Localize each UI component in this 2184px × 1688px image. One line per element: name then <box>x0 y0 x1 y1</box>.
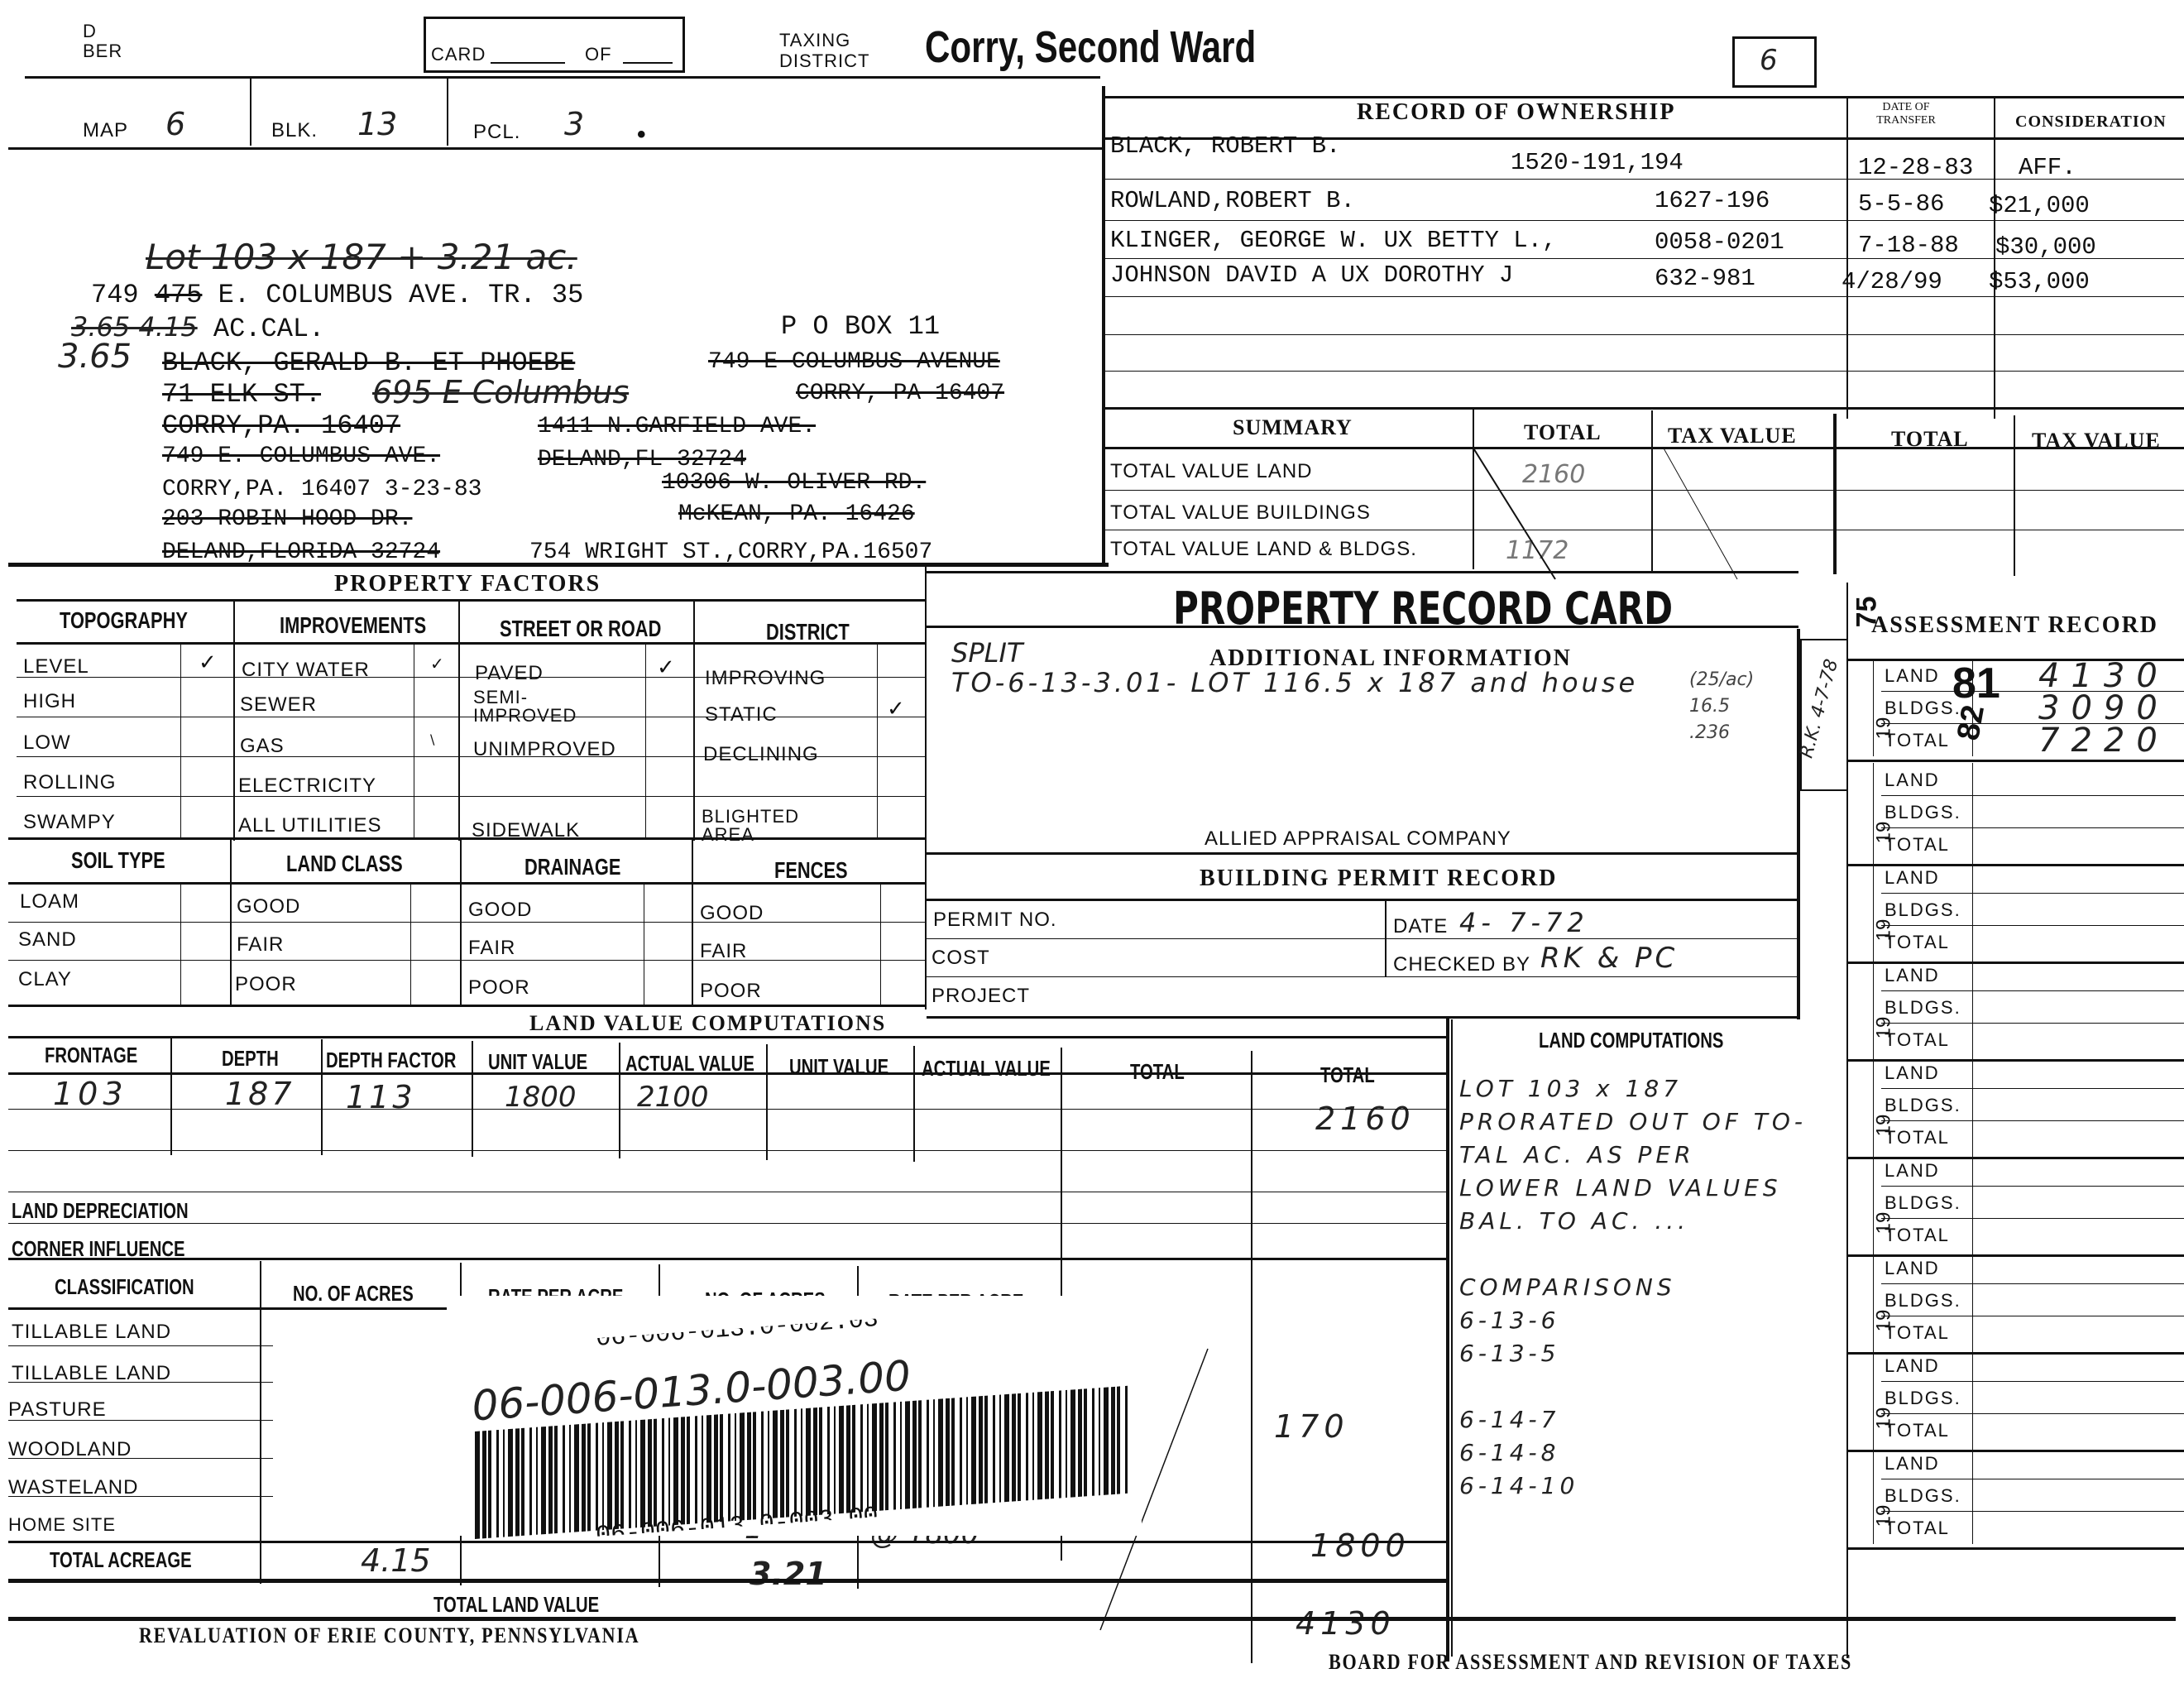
divider <box>8 1345 273 1346</box>
total-value: 2160 <box>1315 1101 1415 1137</box>
divider <box>1972 958 1973 1056</box>
land-class-poor: POOR <box>235 973 297 996</box>
assessment-row-label: TOTAL <box>1885 730 1950 751</box>
divider <box>1881 925 2184 926</box>
property-factors-title: PROPERTY FACTORS <box>334 571 601 597</box>
factor-sewer: SEWER <box>240 693 317 717</box>
assessment-block: 19LAND4130BLDGS.3090TOTAL7220 <box>1848 659 2184 756</box>
owner-line: 749 E. COLUMBUS AVE. <box>162 444 440 469</box>
owner-line: 203 ROBIN HOOD DR. <box>162 506 412 532</box>
divider <box>1881 1511 2184 1512</box>
card-box: CARD OF <box>424 17 685 73</box>
col-unit-value-2: UNIT VALUE <box>789 1054 888 1080</box>
cancel-slash-icon <box>1473 447 1870 587</box>
checked-by-value: RK & PC <box>1540 942 1678 975</box>
struck-lot-note: Lot 103 x 187 + 3.21 ac. <box>146 237 577 277</box>
factor-declining: DECLINING <box>703 743 819 766</box>
assessment-row-label: TOTAL <box>1885 1322 1950 1344</box>
address-rest: E. COLUMBUS AVE. TR. 35 <box>218 280 584 310</box>
group-header-soil-type: SOIL TYPE <box>71 847 165 874</box>
pasture-total: 170 <box>1274 1408 1349 1445</box>
factor-improving: IMPROVING <box>705 667 826 690</box>
summary-row-label: TOTAL VALUE LAND & BLDGS. <box>1110 538 1417 561</box>
drainage-fair: FAIR <box>468 937 515 960</box>
divider <box>8 1150 1448 1151</box>
divider <box>1881 1316 2184 1316</box>
land-computations-notes: LOT 103 x 187 PRORATED OUT OF TO- TAL AC… <box>1459 1072 1807 1503</box>
divider <box>1873 861 1874 958</box>
assessment-block: 19LANDBLDGS.TOTAL <box>1848 1153 2184 1251</box>
factor-high: HIGH <box>23 690 76 713</box>
divider <box>460 839 462 1006</box>
group-header-improvements: IMPROVEMENTS <box>280 612 426 639</box>
divider <box>1104 258 2184 259</box>
divider <box>1104 296 2184 297</box>
owner-line: 1411 N.GARFIELD AVE. <box>538 414 816 439</box>
consideration: $30,000 <box>1995 233 2096 261</box>
divider <box>1972 1153 1973 1251</box>
divider <box>1848 1547 2184 1550</box>
assessment-row-label: BLDGS. <box>1885 1388 1961 1409</box>
permit-date-value: 4- 7-72 <box>1459 907 1589 938</box>
factor-unimproved: UNIMPROVED <box>473 738 616 761</box>
factor-level: LEVEL <box>23 655 89 679</box>
owner-line: DELAND,FL 32724 <box>538 447 746 472</box>
divider <box>1881 1479 2184 1479</box>
divider <box>1972 659 1973 756</box>
divider <box>1104 179 2184 180</box>
owner-name: KLINGER, GEORGE W. UX BETTY L., <box>1110 227 1557 254</box>
assessment-row-label: BLDGS. <box>1885 899 1961 921</box>
deed-ref: 1520-191,194 <box>1511 149 1683 176</box>
divider <box>1873 1153 1874 1251</box>
owner-name: ROWLAND,ROBERT B. <box>1110 187 1355 214</box>
divider <box>913 1046 915 1162</box>
col-no-of-acres: NO. OF ACRES <box>293 1281 414 1307</box>
permit-title: BUILDING PERMIT RECORD <box>1200 866 1557 892</box>
divider <box>1881 827 2184 828</box>
assessment-row-label: LAND <box>1885 1453 1940 1475</box>
deed-ref: 0058-0201 <box>1655 228 1784 256</box>
land-value-title: LAND VALUE COMPUTATIONS <box>529 1011 886 1036</box>
drainage-poor: POOR <box>468 976 530 1000</box>
divider <box>925 566 927 1009</box>
permit-date-label: DATE <box>1393 915 1448 938</box>
owner-line: McKEAN, PA. 16426 <box>678 501 915 527</box>
checked-by-label: CHECKED BY <box>1393 953 1530 976</box>
divider <box>1881 1381 2184 1382</box>
stamp-box: R.K. 4-7-78 <box>1800 639 1848 791</box>
check-icon[interactable]: ✓ <box>430 654 444 674</box>
district-box: 6 <box>1732 36 1817 88</box>
blk-label: BLK. <box>271 119 318 142</box>
assessment-row-label: BLDGS. <box>1885 1290 1961 1312</box>
map-label: MAP <box>83 119 128 142</box>
owner-name: JOHNSON DAVID A UX DOROTHY J <box>1110 261 1513 289</box>
depth-factor-value: 113 <box>346 1079 416 1115</box>
divider <box>17 756 927 757</box>
additional-note-split: SPLIT <box>951 637 1023 669</box>
blk-value: 13 <box>357 106 397 142</box>
divider <box>410 884 411 1006</box>
pcl-dot: • <box>637 121 646 149</box>
col-depth: DEPTH <box>222 1046 279 1072</box>
land-depreciation-label: LAND DEPRECIATION <box>12 1198 189 1224</box>
divider <box>1972 1251 1973 1349</box>
divider <box>233 601 235 841</box>
col-depth-factor: DEPTH FACTOR <box>326 1048 456 1073</box>
divider <box>1446 1016 1449 1662</box>
divider <box>8 922 927 923</box>
divider <box>927 976 1798 977</box>
factor-gas: GAS <box>240 735 285 758</box>
class-row-label: PASTURE <box>8 1398 107 1422</box>
divider <box>8 960 927 961</box>
assessment-block: 19LANDBLDGS.TOTAL <box>1848 1349 2184 1446</box>
footer-right: BOARD FOR ASSESSMENT AND REVISION OF TAX… <box>1329 1650 1852 1675</box>
divider <box>1881 1088 2184 1089</box>
divider <box>1873 1349 1874 1446</box>
assessment-row-label: BLDGS. <box>1885 802 1961 823</box>
assessment-row-label: TOTAL <box>1885 1420 1950 1441</box>
col-frontage: FRONTAGE <box>45 1043 137 1068</box>
divider <box>1848 760 2184 762</box>
summary-row-label: TOTAL VALUE BUILDINGS <box>1110 501 1371 525</box>
divider <box>1104 371 2184 372</box>
divider <box>1451 1019 1453 1657</box>
transfer-date: 12-28-83 <box>1858 154 1973 181</box>
card-label: CARD <box>431 44 486 65</box>
assessment-row-label: LAND <box>1885 1160 1940 1182</box>
assessment-row-label: BLDGS. <box>1885 997 1961 1019</box>
owner-line: 10306 W. OLIVER RD. <box>662 470 926 496</box>
divider <box>1104 96 2184 98</box>
divider <box>927 571 1798 573</box>
number-label-fragment: D BER <box>83 22 122 61</box>
factor-static: STATIC <box>705 703 778 727</box>
soil-clay: CLAY <box>18 968 72 991</box>
divider <box>180 644 181 837</box>
total-acreage-1: 4.15 <box>361 1542 431 1579</box>
divider <box>8 147 1104 150</box>
divider <box>17 677 927 678</box>
assessment-block: 19LANDBLDGS.TOTAL <box>1848 958 2184 1056</box>
summary-col-total: TOTAL <box>1524 420 1602 445</box>
divider <box>8 1192 1448 1192</box>
divider <box>1881 1218 2184 1219</box>
col-consideration: CONSIDERATION <box>2015 113 2167 132</box>
of-label: OF <box>585 44 612 65</box>
divider <box>8 1005 927 1007</box>
divider <box>619 1043 620 1158</box>
assessment-row-label: BLDGS. <box>1885 698 1961 719</box>
divider <box>927 899 1798 901</box>
summary-title: SUMMARY <box>1233 415 1353 440</box>
group-header-fences: FENCES <box>774 857 848 884</box>
divider <box>414 644 414 837</box>
divider <box>8 882 927 885</box>
soil-sand: SAND <box>18 928 77 952</box>
divider <box>1881 1283 2184 1284</box>
factor-low: LOW <box>23 731 71 755</box>
divider <box>8 1036 1448 1038</box>
owner-name: BLACK, ROBERT B. <box>1110 132 1340 160</box>
additional-note-detail: TO-6-13-3.01- LOT 116.5 x 187 and house <box>951 667 1638 698</box>
divider <box>250 78 251 146</box>
assessment-row-label: BLDGS. <box>1885 1095 1961 1116</box>
assessment-row-label: LAND <box>1885 1062 1940 1084</box>
owner-line: CORRY,PA. 16407 <box>162 410 400 441</box>
divider <box>1873 958 1874 1056</box>
soil-loam: LOAM <box>20 890 79 914</box>
divider <box>8 1420 273 1421</box>
address-number: 749 <box>91 280 139 310</box>
divider <box>17 642 927 645</box>
col-unit-value: UNIT VALUE <box>488 1049 587 1075</box>
assessment-block: 19LANDBLDGS.TOTAL <box>1848 1251 2184 1349</box>
divider <box>927 938 1798 939</box>
owner-line: DELAND,FLORIDA 32724 <box>162 539 440 565</box>
summary-col-tax-value-2: TAX VALUE <box>2032 429 2161 453</box>
divider <box>1104 407 2184 410</box>
divider <box>880 884 881 1006</box>
check-icon[interactable]: ✓ <box>887 697 905 722</box>
project-label: PROJECT <box>932 985 1030 1008</box>
divider <box>1881 1120 2184 1121</box>
group-header-street: STREET OR ROAD <box>500 616 661 642</box>
divider <box>766 1044 768 1160</box>
land-computations-title: LAND COMPUTATIONS <box>1539 1028 1723 1053</box>
deed-ref: 1627-196 <box>1655 187 1770 214</box>
divider <box>1873 659 1874 756</box>
acres-handwritten: 3.65 <box>58 338 132 376</box>
owner-line: 695 E Columbus <box>372 374 629 410</box>
stamp-year: 75 <box>1851 597 1883 628</box>
divider <box>1104 220 2184 221</box>
assessment-row-label: TOTAL <box>1885 1029 1950 1051</box>
check-icon[interactable]: ✓ <box>199 650 217 675</box>
divider <box>692 839 693 1006</box>
of-blank <box>623 62 673 64</box>
divider <box>447 78 448 146</box>
divider <box>877 644 878 837</box>
owner-line: 71 ELK ST. <box>162 379 321 410</box>
transfer-date: 7-18-88 <box>1858 232 1959 259</box>
depth-value: 187 <box>225 1076 295 1112</box>
divider <box>170 1038 172 1155</box>
divider <box>1873 1446 1874 1544</box>
assessment-row-label: TOTAL <box>1885 834 1950 856</box>
assessment-row-label: BLDGS. <box>1885 1485 1961 1507</box>
assessment-row-label: LAND <box>1885 665 1940 687</box>
divider <box>693 601 695 841</box>
land-class-fair: FAIR <box>237 933 284 957</box>
divider <box>1873 763 1874 861</box>
total-land-value: 4130 <box>1296 1605 1396 1642</box>
assessment-row-label: LAND <box>1885 1355 1940 1377</box>
barcode-label: 06-006-013.0-002.03 06-006-013.0-003.00 … <box>447 1296 1142 1536</box>
assessment-title: ASSESSMENT RECORD <box>1871 612 2158 639</box>
factor-swampy: SWAMPY <box>23 811 116 834</box>
company-name: ALLIED APPRAISAL COMPANY <box>1205 827 1511 851</box>
divider <box>458 601 460 841</box>
col-date-of-transfer: DATE OF TRANSFER <box>1868 101 1944 127</box>
consideration: $53,000 <box>1989 268 2090 295</box>
group-header-drainage: DRAINAGE <box>524 854 620 880</box>
divider <box>8 1496 273 1497</box>
divider <box>1873 1056 1874 1153</box>
home-site-total: 1800 <box>1310 1527 1410 1564</box>
pcl-value: 3 <box>564 106 584 142</box>
divider <box>8 563 1109 567</box>
cost-label: COST <box>932 947 990 970</box>
assessment-row-label: TOTAL <box>1885 1127 1950 1149</box>
group-header-topography: TOPOGRAPHY <box>60 607 188 634</box>
divider <box>1873 1251 1874 1349</box>
divider <box>8 1458 273 1459</box>
assessment-block: 19LANDBLDGS.TOTAL <box>1848 861 2184 958</box>
divider <box>1881 795 2184 796</box>
col-classification: CLASSIFICATION <box>55 1274 194 1300</box>
assessment-block: 19LANDBLDGS.TOTAL <box>1848 1056 2184 1153</box>
class-row-label: HOME SITE <box>8 1514 116 1536</box>
factor-all-utilities: ALL UTILITIES <box>238 814 382 837</box>
owner-line: 749 E COLUMBUS AVENUE <box>708 349 1000 375</box>
divider <box>1972 1056 1973 1153</box>
divider <box>1881 1023 2184 1024</box>
divider <box>1972 763 1973 861</box>
summary-row-label: TOTAL VALUE LAND <box>1110 460 1313 483</box>
factor-electricity: ELECTRICITY <box>238 774 376 798</box>
group-header-land-class: LAND CLASS <box>286 851 403 877</box>
assessment-row-label: BLDGS. <box>1885 1192 1961 1214</box>
divider <box>1972 1446 1973 1544</box>
assessment-block: 19LANDBLDGS.TOTAL <box>1848 1446 2184 1544</box>
divider <box>927 852 1798 855</box>
divider <box>25 76 1100 79</box>
divider <box>17 717 927 717</box>
factor-paved: PAVED <box>475 662 544 685</box>
ownership-title: RECORD OF OWNERSHIP <box>1357 99 1675 126</box>
divider <box>472 1041 473 1157</box>
divider <box>927 626 1798 628</box>
check-icon[interactable]: \ <box>430 731 434 747</box>
owner-line: CORRY,PA. 16407 3-23-83 <box>162 477 481 502</box>
footer-left: REVALUATION OF ERIE COUNTY, PENNSYLVANIA <box>139 1623 639 1648</box>
taxing-district-label: TAXING DISTRICT <box>779 30 869 71</box>
fences-poor: POOR <box>700 980 762 1003</box>
barcode-printed-top: 06-006-013.0-002.03 <box>595 1306 879 1354</box>
divider <box>1881 893 2184 894</box>
deed-ref: 632-981 <box>1655 265 1755 292</box>
divider <box>645 644 646 837</box>
acreage-text: AC.CAL. <box>213 314 324 344</box>
taxing-district-value: Corry, Second Ward <box>925 22 1256 73</box>
drainage-good: GOOD <box>468 899 532 922</box>
divider <box>8 1382 273 1383</box>
divider <box>927 1016 1798 1019</box>
card-blank <box>491 62 565 64</box>
transfer-date: 5-5-86 <box>1858 190 1944 218</box>
frontage-value: 103 <box>53 1076 128 1112</box>
divider <box>8 1072 1448 1075</box>
divider <box>8 1109 1448 1110</box>
assessment-row-label: LAND <box>1885 770 1940 791</box>
divider <box>1102 86 1105 564</box>
divider <box>1104 334 2184 335</box>
total-acreage-label: TOTAL ACREAGE <box>50 1547 192 1573</box>
assessment-block: 19LANDBLDGS.TOTAL <box>1848 763 2184 861</box>
divider <box>1881 990 2184 991</box>
col-actual-value-2: ACTUAL VALUE <box>922 1056 1051 1081</box>
pcl-label: PCL. <box>473 121 520 144</box>
divider <box>1881 1186 2184 1187</box>
additional-side-note: (25/ac) 16.5 .236 <box>1689 667 1764 746</box>
assessment-row-label: TOTAL <box>1885 932 1950 953</box>
total-acreage-2: 3.21 <box>750 1556 827 1592</box>
transfer-date: 4/28/99 <box>1842 268 1942 295</box>
stamp-side-note: R.K. 4-7-78 <box>1796 657 1842 760</box>
divider <box>8 1258 1448 1260</box>
owner-line: 754 WRIGHT ST.,CORRY,PA.16507 <box>529 539 932 565</box>
assessment-total-value: 7220 <box>2038 722 2169 760</box>
factor-rolling: ROLLING <box>23 771 116 794</box>
divider <box>644 884 644 1006</box>
permit-no-label: PERMIT NO. <box>933 909 1057 932</box>
assessment-row-label: TOTAL <box>1885 1518 1950 1539</box>
divider <box>17 599 927 602</box>
factor-semi-improved: SEMI- IMPROVED <box>473 688 577 725</box>
assessment-row-label: LAND <box>1885 965 1940 986</box>
class-row-label: TILLABLE LAND <box>12 1321 171 1344</box>
divider <box>8 1223 1448 1224</box>
address-line-1: 749 475 E. COLUMBUS AVE. TR. 35 <box>91 280 583 310</box>
district-box-value: 6 <box>1760 44 1778 77</box>
divider <box>1972 1349 1973 1446</box>
factor-city-water: CITY WATER <box>242 659 370 682</box>
divider <box>180 884 181 1006</box>
divider <box>2014 415 2015 576</box>
divider <box>8 837 927 840</box>
divider <box>1881 1413 2184 1414</box>
divider <box>230 839 232 1006</box>
summary-col-tax-value: TAX VALUE <box>1668 424 1797 448</box>
total-land-value-label: TOTAL LAND VALUE <box>433 1592 599 1618</box>
divider <box>321 1039 323 1155</box>
col-total-2: TOTAL <box>1320 1062 1375 1088</box>
map-value: 6 <box>165 106 185 142</box>
assessment-row-label: TOTAL <box>1885 1225 1950 1246</box>
consideration: AFF. <box>2019 154 2076 181</box>
struck-number: 475 <box>155 280 203 310</box>
consideration: $21,000 <box>1989 192 2090 219</box>
owner-line: CORRY, PA 16407 <box>796 381 1004 406</box>
po-box: P O BOX 11 <box>781 311 940 342</box>
assessment-row-label: LAND <box>1885 1258 1940 1279</box>
divider <box>17 796 927 797</box>
divider <box>1972 861 1973 958</box>
land-class-good: GOOD <box>237 895 300 918</box>
assessment-row-label: LAND <box>1885 867 1940 889</box>
